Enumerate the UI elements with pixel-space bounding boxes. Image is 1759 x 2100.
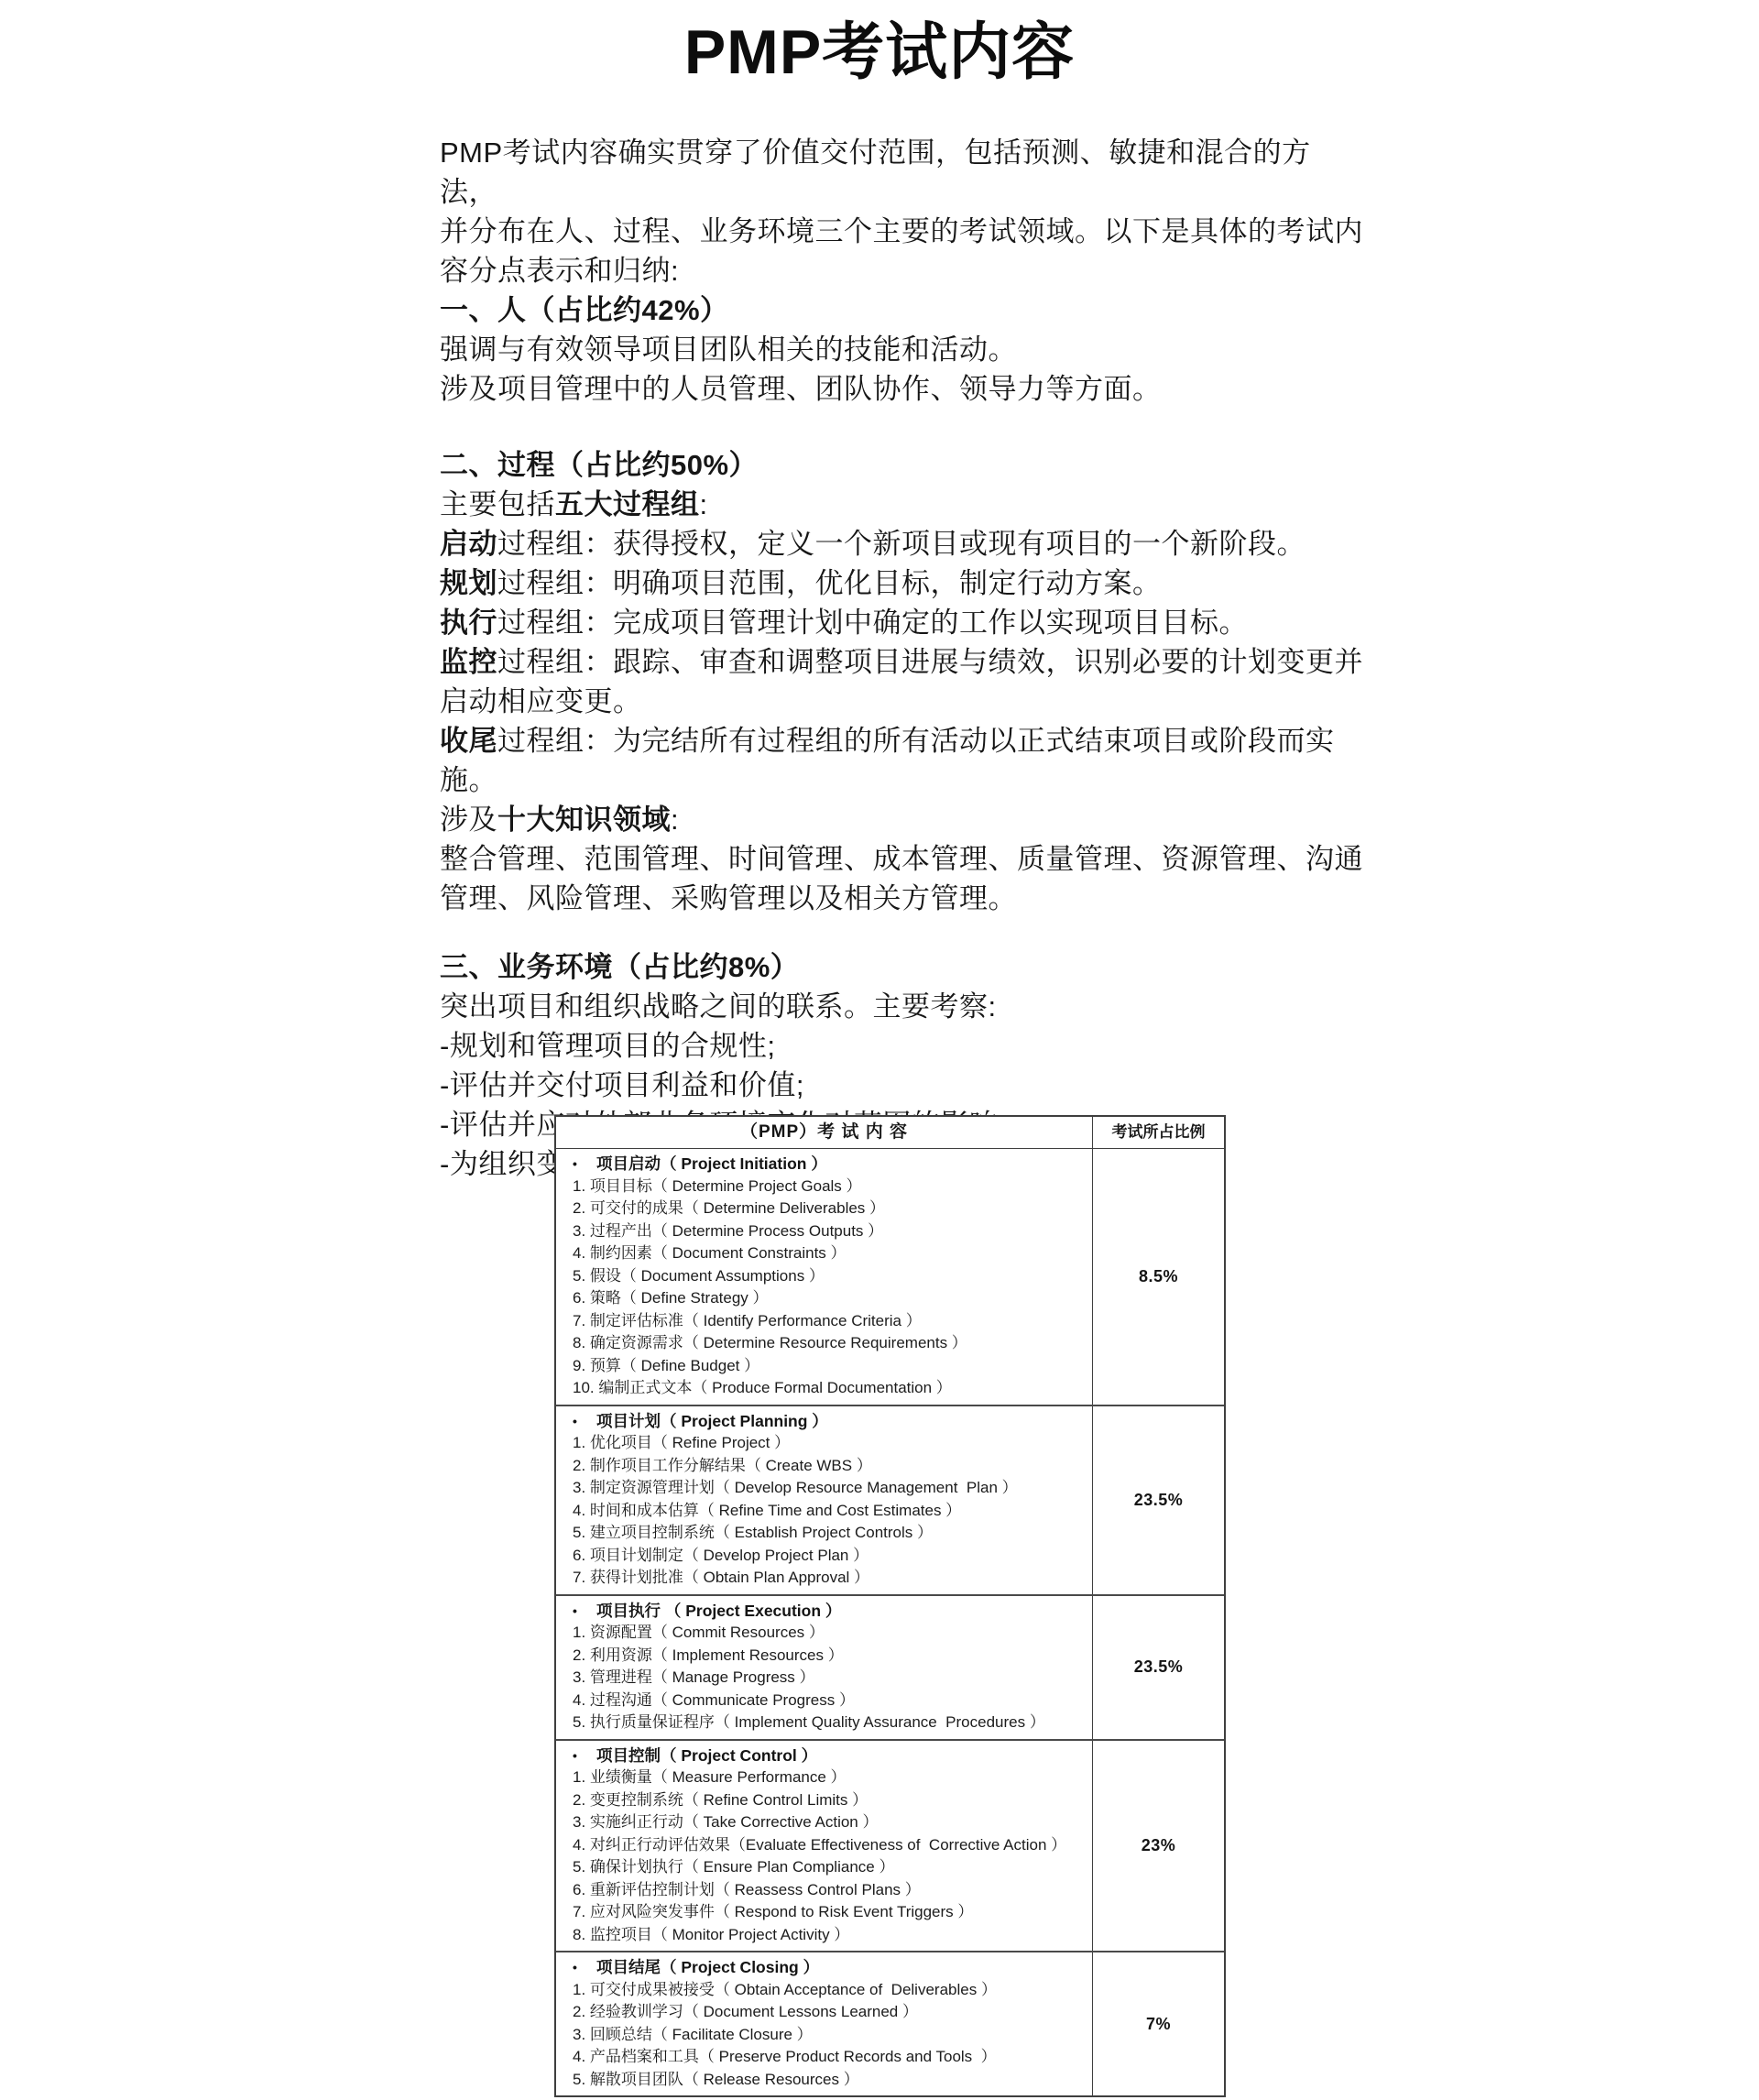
- section-item: 5. 执行质量保证程序（ Implement Quality Assurance…: [573, 1712, 1087, 1734]
- section-content-cell: •项目控制（ Project Control ）1. 业绩衡量（ Measure…: [556, 1741, 1092, 1952]
- section-title-text: 项目执行 （ Project Execution ）: [596, 1602, 841, 1620]
- text-line: 收尾过程组：为完结所有过程组的所有活动以正式结束项目或阶段而实施。: [440, 721, 1365, 800]
- section-title-text: 项目结尾（ Project Closing ）: [596, 1958, 819, 1976]
- text-line: 整合管理、范围管理、时间管理、成本管理、质量管理、资源管理、沟通: [440, 839, 1365, 879]
- section-item: 3. 过程产出（ Determine Process Outputs ）: [573, 1220, 1087, 1243]
- section-item: 2. 可交付的成果（ Determine Deliverables ）: [573, 1198, 1087, 1220]
- section-item: 9. 预算（ Define Budget ）: [573, 1355, 1087, 1378]
- text-line: 一、人（占比约42%）: [440, 290, 1365, 330]
- text-run: 突出项目和组织战略之间的联系。主要考察:: [440, 990, 997, 1023]
- section-item: 4. 产品档案和工具（ Preserve Product Records and…: [573, 2046, 1087, 2069]
- table-section-row: •项目控制（ Project Control ）1. 业绩衡量（ Measure…: [556, 1739, 1224, 1952]
- section-item: 5. 解散项目团队（ Release Resources ）: [573, 2069, 1087, 2092]
- text-run: 管理、风险管理、采购管理以及相关方管理。: [440, 882, 1017, 914]
- text-line: 启动过程组：获得授权，定义一个新项目或现有项目的一个新阶段。: [440, 524, 1365, 563]
- section-item: 8. 监控项目（ Monitor Project Activity ）: [573, 1924, 1087, 1947]
- text-line: 三、业务环境（占比约8%）: [440, 947, 1365, 987]
- section-item: 1. 业绩衡量（ Measure Performance ）: [573, 1766, 1087, 1789]
- bold-text-run: 五大过程组: [555, 488, 700, 520]
- text-run: PMP考试内容确实贯穿了价值交付范围，包括预测、敏捷和混合的方法，: [440, 137, 1311, 208]
- section-content-cell: •项目启动（ Project Initiation ）1. 项目目标（ Dete…: [556, 1149, 1092, 1405]
- section-item: 1. 项目目标（ Determine Project Goals ）: [573, 1176, 1087, 1198]
- section-item: 7. 应对风险突发事件（ Respond to Risk Event Trigg…: [573, 1901, 1087, 1924]
- section-item: 3. 管理进程（ Manage Progress ）: [573, 1667, 1087, 1690]
- text-run: 过程组：跟踪、审查和调整项目进展与绩效，识别必要的计划变更并: [497, 646, 1363, 678]
- table-header-row: （PMP）考 试 内 容 考试所占比例: [556, 1117, 1224, 1149]
- section-percent: 8.5%: [1092, 1149, 1224, 1405]
- section-percent: 23.5%: [1092, 1406, 1224, 1594]
- section-item: 3. 实施纠正行动（ Take Corrective Action ）: [573, 1811, 1087, 1834]
- exam-content-table: （PMP）考 试 内 容 考试所占比例 •项目启动（ Project Initi…: [554, 1115, 1226, 2097]
- text-run: -评估并交付项目利益和价值;: [440, 1069, 804, 1101]
- text-line: 涉及十大知识领域:: [440, 800, 1365, 839]
- section-item: 4. 制约因素（ Document Constraints ）: [573, 1242, 1087, 1265]
- section-title: •项目计划（ Project Planning ）: [573, 1410, 1087, 1433]
- section-percent: 7%: [1092, 1952, 1224, 2095]
- text-line: 执行过程组：完成项目管理计划中确定的工作以实现项目目标。: [440, 603, 1365, 642]
- text-run: 强调与有效领导项目团队相关的技能和活动。: [440, 334, 1017, 366]
- table-header-content: （PMP）考 试 内 容: [556, 1117, 1092, 1148]
- text-run: 启动相应变更。: [440, 685, 642, 717]
- section-item: 4. 对纠正行动评估效果（Evaluate Effectiveness of C…: [573, 1834, 1087, 1857]
- text-run: 整合管理、范围管理、时间管理、成本管理、质量管理、资源管理、沟通: [440, 843, 1363, 875]
- table-section-row: •项目结尾（ Project Closing ）1. 可交付成果被接受（ Obt…: [556, 1951, 1224, 2095]
- document-body: PMP考试内容确实贯穿了价值交付范围，包括预测、敏捷和混合的方法，并分布在人、过…: [440, 133, 1365, 1184]
- section-item: 4. 过程沟通（ Communicate Progress ）: [573, 1690, 1087, 1712]
- section-item: 7. 制定评估标准（ Identify Performance Criteria…: [573, 1310, 1087, 1333]
- section-item: 7. 获得计划批准（ Obtain Plan Approval ）: [573, 1567, 1087, 1590]
- table-header-ratio: 考试所占比例: [1092, 1117, 1224, 1148]
- bullet-icon: •: [573, 1956, 596, 1979]
- bold-text-run: 收尾: [440, 725, 497, 757]
- text-line: 管理、风险管理、采购管理以及相关方管理。: [440, 879, 1365, 918]
- section-content-cell: •项目执行 （ Project Execution ）1. 资源配置（ Comm…: [556, 1596, 1092, 1739]
- section-item: 1. 可交付成果被接受（ Obtain Acceptance of Delive…: [573, 1979, 1087, 2002]
- text-run: 容分点表示和归纳:: [440, 255, 679, 287]
- section-item: 6. 重新评估控制计划（ Reassess Control Plans ）: [573, 1879, 1087, 1902]
- section-item: 2. 制作项目工作分解结果（ Create WBS ）: [573, 1455, 1087, 1478]
- section-title: •项目控制（ Project Control ）: [573, 1745, 1087, 1767]
- section-title-text: 项目控制（ Project Control ）: [596, 1746, 817, 1765]
- bold-text-run: 一、人（占比约42%）: [440, 294, 729, 326]
- section-item: 3. 制定资源管理计划（ Develop Resource Management…: [573, 1477, 1087, 1500]
- text-line: PMP考试内容确实贯穿了价值交付范围，包括预测、敏捷和混合的方法，: [440, 133, 1365, 212]
- document-page: PMP考试内容 PMP考试内容确实贯穿了价值交付范围，包括预测、敏捷和混合的方法…: [0, 0, 1759, 2100]
- text-line: 二、过程（占比约50%）: [440, 445, 1365, 485]
- text-run: 过程组：获得授权，定义一个新项目或现有项目的一个新阶段。: [497, 528, 1306, 560]
- text-run: 过程组：完成项目管理计划中确定的工作以实现项目目标。: [497, 607, 1248, 639]
- text-line: 启动相应变更。: [440, 682, 1365, 721]
- bold-text-run: 启动: [440, 528, 497, 560]
- text-line: 强调与有效领导项目团队相关的技能和活动。: [440, 330, 1365, 369]
- bold-text-run: 二、过程（占比约50%）: [440, 449, 758, 481]
- blank-line: [440, 409, 1365, 445]
- bold-text-run: 三、业务环境（占比约8%）: [440, 951, 799, 983]
- text-run: 主要包括: [440, 488, 555, 520]
- text-line: 涉及项目管理中的人员管理、团队协作、领导力等方面。: [440, 369, 1365, 409]
- section-item: 4. 时间和成本估算（ Refine Time and Cost Estimat…: [573, 1500, 1087, 1523]
- section-item: 2. 经验教训学习（ Document Lessons Learned ）: [573, 2001, 1087, 2024]
- section-item: 6. 策略（ Define Strategy ）: [573, 1287, 1087, 1310]
- text-line: 规划过程组：明确项目范围，优化目标，制定行动方案。: [440, 563, 1365, 603]
- text-line: 突出项目和组织战略之间的联系。主要考察:: [440, 987, 1365, 1026]
- section-item: 3. 回顾总结（ Facilitate Closure ）: [573, 2024, 1087, 2047]
- text-line: 监控过程组：跟踪、审查和调整项目进展与绩效，识别必要的计划变更并: [440, 642, 1365, 682]
- section-content-cell: •项目计划（ Project Planning ）1. 优化项目（ Refine…: [556, 1406, 1092, 1594]
- section-percent: 23.5%: [1092, 1596, 1224, 1739]
- table-section-row: •项目执行 （ Project Execution ）1. 资源配置（ Comm…: [556, 1594, 1224, 1739]
- bullet-icon: •: [573, 1745, 596, 1767]
- text-run: 涉及项目管理中的人员管理、团队协作、领导力等方面。: [440, 373, 1162, 405]
- page-title: PMP考试内容: [0, 0, 1759, 92]
- section-title: •项目启动（ Project Initiation ）: [573, 1153, 1087, 1176]
- bold-text-run: 十大知识领域: [497, 804, 671, 836]
- bullet-icon: •: [573, 1410, 596, 1433]
- text-run: 并分布在人、过程、业务环境三个主要的考试领域。以下是具体的考试内: [440, 215, 1363, 247]
- section-item: 1. 优化项目（ Refine Project ）: [573, 1432, 1087, 1455]
- text-line: -评估并交付项目利益和价值;: [440, 1066, 1365, 1105]
- section-item: 6. 项目计划制定（ Develop Project Plan ）: [573, 1545, 1087, 1568]
- section-item: 5. 假设（ Document Assumptions ）: [573, 1265, 1087, 1288]
- text-run: :: [671, 804, 679, 836]
- text-line: -规划和管理项目的合规性;: [440, 1026, 1365, 1066]
- section-percent: 23%: [1092, 1741, 1224, 1952]
- text-run: 过程组：为完结所有过程组的所有活动以正式结束项目或阶段而实施。: [440, 725, 1335, 796]
- text-run: -规划和管理项目的合规性;: [440, 1030, 775, 1062]
- section-title: •项目结尾（ Project Closing ）: [573, 1956, 1087, 1979]
- bullet-icon: •: [573, 1600, 596, 1623]
- exam-table-body: •项目启动（ Project Initiation ）1. 项目目标（ Dete…: [556, 1149, 1224, 2095]
- bold-text-run: 监控: [440, 646, 497, 678]
- blank-line: [440, 918, 1365, 947]
- bullet-icon: •: [573, 1153, 596, 1176]
- section-title-text: 项目计划（ Project Planning ）: [596, 1412, 828, 1430]
- bold-text-run: 执行: [440, 607, 497, 639]
- section-content-cell: •项目结尾（ Project Closing ）1. 可交付成果被接受（ Obt…: [556, 1952, 1092, 2095]
- text-line: 主要包括五大过程组:: [440, 485, 1365, 524]
- section-title-text: 项目启动（ Project Initiation ）: [596, 1154, 827, 1173]
- table-section-row: •项目启动（ Project Initiation ）1. 项目目标（ Dete…: [556, 1149, 1224, 1405]
- section-item: 5. 建立项目控制系统（ Establish Project Controls …: [573, 1522, 1087, 1545]
- section-item: 1. 资源配置（ Commit Resources ）: [573, 1622, 1087, 1645]
- table-section-row: •项目计划（ Project Planning ）1. 优化项目（ Refine…: [556, 1405, 1224, 1594]
- text-run: 涉及: [440, 804, 497, 836]
- text-line: 容分点表示和归纳:: [440, 251, 1365, 290]
- text-run: 过程组：明确项目范围，优化目标，制定行动方案。: [497, 567, 1162, 599]
- text-line: 并分布在人、过程、业务环境三个主要的考试领域。以下是具体的考试内: [440, 212, 1365, 251]
- text-run: :: [700, 488, 708, 520]
- section-item: 2. 利用资源（ Implement Resources ）: [573, 1645, 1087, 1668]
- section-item: 10. 编制正式文本（ Produce Formal Documentation…: [573, 1377, 1087, 1400]
- section-item: 8. 确定资源需求（ Determine Resource Requiremen…: [573, 1332, 1087, 1355]
- section-title: •项目执行 （ Project Execution ）: [573, 1600, 1087, 1623]
- bold-text-run: 规划: [440, 567, 497, 599]
- section-item: 2. 变更控制系统（ Refine Control Limits ）: [573, 1789, 1087, 1812]
- section-item: 5. 确保计划执行（ Ensure Plan Compliance ）: [573, 1856, 1087, 1879]
